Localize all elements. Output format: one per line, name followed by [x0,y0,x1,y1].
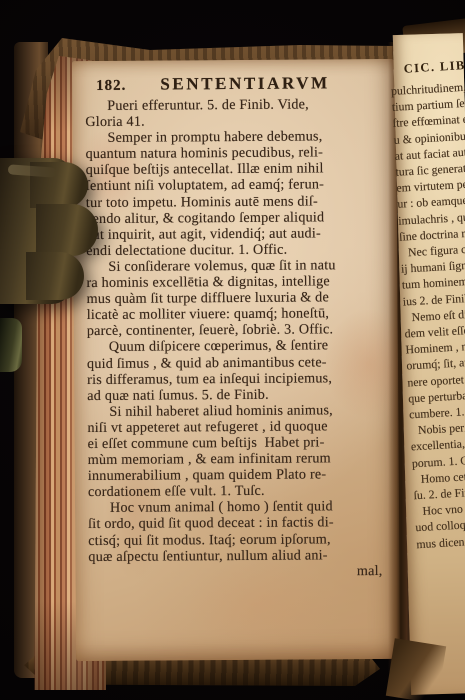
page-number: 182. [96,78,126,95]
clasp-lobe [26,252,84,300]
right-page-bottom-shadow [386,638,446,700]
clasp-lobe [36,204,98,256]
page-header: 182. SENTENTIARVM [96,73,382,97]
left-page-lines: Pueri efferuntur. 5. de Finib. Vide,Glor… [85,96,389,608]
book-clasp [0,156,100,308]
text-line: mal, [88,563,388,581]
right-running-title: CIC. LIB [403,58,464,77]
running-title: SENTENTIARVM [160,73,330,94]
clasp-fitting [0,318,22,372]
book-photo: 182. SENTENTIARVM Pueri efferuntur. 5. d… [0,0,465,700]
left-page: 182. SENTENTIARVM Pueri efferuntur. 5. d… [72,59,400,661]
